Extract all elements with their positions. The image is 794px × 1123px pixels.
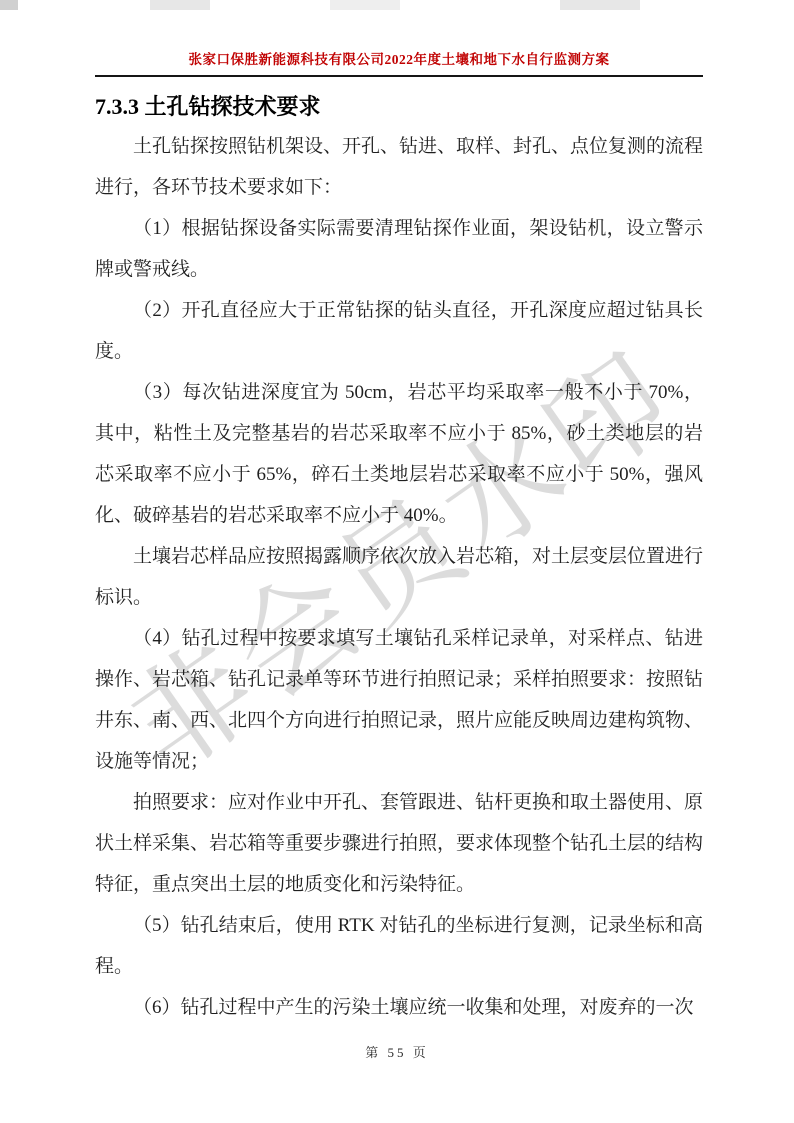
paragraph: （2）开孔直径应大于正常钻探的钻头直径，开孔深度应超过钻具长度。	[95, 290, 703, 372]
paragraph: （5）钻孔结束后，使用 RTK 对钻孔的坐标进行复测，记录坐标和高程。	[95, 905, 703, 987]
paragraph: 拍照要求：应对作业中开孔、套管跟进、钻杆更换和取土器使用、原状土样采集、岩芯箱等…	[95, 782, 703, 905]
header-rule	[95, 75, 703, 77]
document-body: 土孔钻探按照钻机架设、开孔、钻进、取样、封孔、点位复测的流程进行，各环节技术要求…	[95, 126, 703, 1028]
page-number: 第 55 页	[0, 1042, 794, 1061]
paragraph: （3）每次钻进深度宜为 50cm，岩芯平均采取率一般不小于 70%，其中，粘性土…	[95, 372, 703, 536]
document-page: 非会员水印 张家口保胜新能源科技有限公司2022年度土壤和地下水自行监测方案 7…	[0, 0, 794, 1123]
paragraph: （1）根据钻探设备实际需要清理钻探作业面，架设钻机，设立警示牌或警戒线。	[95, 208, 703, 290]
section-heading: 7.3.3 土孔钻探技术要求	[95, 90, 703, 121]
paragraph: 土壤岩芯样品应按照揭露顺序依次放入岩芯箱，对土层变层位置进行标识。	[95, 536, 703, 618]
page-content: 张家口保胜新能源科技有限公司2022年度土壤和地下水自行监测方案 7.3.3 土…	[95, 0, 703, 1028]
running-header: 张家口保胜新能源科技有限公司2022年度土壤和地下水自行监测方案	[95, 48, 703, 68]
paragraph: 土孔钻探按照钻机架设、开孔、钻进、取样、封孔、点位复测的流程进行，各环节技术要求…	[95, 126, 703, 208]
paragraph: （6）钻孔过程中产生的污染土壤应统一收集和处理，对废弃的一次	[95, 987, 703, 1028]
paragraph: （4）钻孔过程中按要求填写土壤钻孔采样记录单，对采样点、钻进操作、岩芯箱、钻孔记…	[95, 618, 703, 782]
